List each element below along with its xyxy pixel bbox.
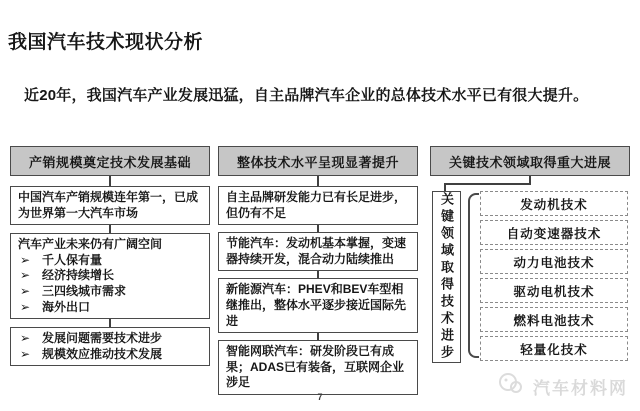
column-header: 关键技术领域取得重大进展	[430, 146, 630, 176]
tech-item: 驱动电机技术	[480, 278, 628, 303]
box-text: 中国汽车产销规模连年第一，已成为世界第一大汽车市场	[18, 190, 198, 220]
bullet-text: 规模效应推动技术发展	[42, 347, 162, 363]
box-text: 自主品牌研发能力已有长足进步，但仍有不足	[226, 190, 406, 220]
box-lead-text: 智能网联汽车：	[226, 344, 310, 358]
column-header: 整体技术水平呈现显著提升	[218, 146, 418, 176]
key-tech-group: 关键领域取得技术进步 发动机技术 自动变速器技术 动力电池技术 驱动电机技术 燃…	[430, 191, 630, 363]
tech-item: 发动机技术	[480, 191, 628, 216]
box-title: 汽车产业未来仍有广阔空间	[18, 237, 202, 253]
connector-line	[109, 176, 111, 186]
tech-list: 发动机技术 自动变速器技术 动力电池技术 驱动电机技术 燃料电池技术 轻量化技术	[480, 191, 628, 361]
connector-line	[317, 225, 319, 232]
slide-canvas: { "slide": { "title": "我国汽车技术现状分析", "sub…	[0, 0, 640, 411]
bullet-text: 经济持续增长	[42, 268, 114, 284]
tech-item: 轻量化技术	[480, 336, 628, 361]
bullet-item: ➢ 海外出口	[18, 300, 202, 316]
column-key-tech: 关键技术领域取得重大进展 关键领域取得技术进步 发动机技术 自动变速器技术 动力…	[430, 146, 630, 176]
bullet-item: ➢ 三四线城市需求	[18, 284, 202, 300]
arrow-bullet-icon: ➢	[18, 331, 42, 347]
diagram-box: 自主品牌研发能力已有长足进步，但仍有不足	[218, 186, 418, 225]
connector-line	[109, 319, 111, 327]
bullet-text: 千人保有量	[42, 253, 102, 269]
diagram-box: 汽车产业未来仍有广阔空间 ➢ 千人保有量 ➢ 经济持续增长 ➢ 三四线城市需求 …	[10, 233, 210, 319]
page-title: 我国汽车技术现状分析	[8, 27, 203, 54]
diagram-box: 新能源汽车：PHEV和BEV车型相继推出，整体水平逐步接近国际先进	[218, 278, 418, 333]
connector-line	[109, 225, 111, 233]
box-lead-text: 新能源汽车：	[226, 282, 298, 296]
diagram-box: 中国汽车产销规模连年第一，已成为世界第一大汽车市场	[10, 186, 210, 225]
box-lead-text: 节能汽车：	[226, 236, 286, 250]
diagram-box: 节能汽车：发动机基本掌握，变速器持续开发，混合动力陆续推出	[218, 232, 418, 271]
bullet-text: 海外出口	[42, 300, 90, 316]
connector-line	[317, 333, 319, 340]
bullet-item: ➢ 规模效应推动技术发展	[18, 347, 202, 363]
brace-connector	[468, 193, 479, 358]
column-production-scale: 产销规模奠定技术发展基础 中国汽车产销规模连年第一，已成为世界第一大汽车市场 汽…	[10, 146, 210, 366]
arrow-bullet-icon: ➢	[18, 300, 42, 316]
tech-item: 自动变速器技术	[480, 220, 628, 245]
bullet-text: 发展问题需要技术进步	[42, 331, 162, 347]
connector-line	[317, 271, 319, 278]
arrow-bullet-icon: ➢	[18, 253, 42, 269]
arrow-bullet-icon: ➢	[18, 284, 42, 300]
watermark-logo-icon	[497, 372, 527, 401]
arrow-bullet-icon: ➢	[18, 268, 42, 284]
slide-subtitle: 近20年，我国汽车产业发展迅猛，自主品牌汽车企业的总体技术水平已有很大提升。	[24, 84, 624, 105]
column-tech-level: 整体技术水平呈现显著提升 自主品牌研发能力已有长足进步，但仍有不足 节能汽车：发…	[218, 146, 418, 395]
bullet-item: ➢ 发展问题需要技术进步	[18, 331, 202, 347]
diagram-box: ➢ 发展问题需要技术进步 ➢ 规模效应推动技术发展	[10, 327, 210, 366]
tech-item: 燃料电池技术	[480, 307, 628, 332]
watermark: 汽车材料网	[497, 372, 628, 401]
diagram-box: 智能网联汽车：研发阶段已有成果；ADAS已有装备，互联网企业涉足	[218, 340, 418, 395]
connector-line	[317, 176, 319, 186]
connector-line	[444, 183, 531, 185]
bullet-item: ➢ 经济持续增长	[18, 268, 202, 284]
bullet-text: 三四线城市需求	[42, 284, 126, 300]
bullet-item: ➢ 千人保有量	[18, 253, 202, 269]
tech-item: 动力电池技术	[480, 249, 628, 274]
arrow-bullet-icon: ➢	[18, 347, 42, 363]
watermark-label: 汽车材料网	[533, 374, 628, 399]
column-header: 产销规模奠定技术发展基础	[10, 146, 210, 176]
vertical-label-box: 关键领域取得技术进步	[432, 191, 461, 363]
